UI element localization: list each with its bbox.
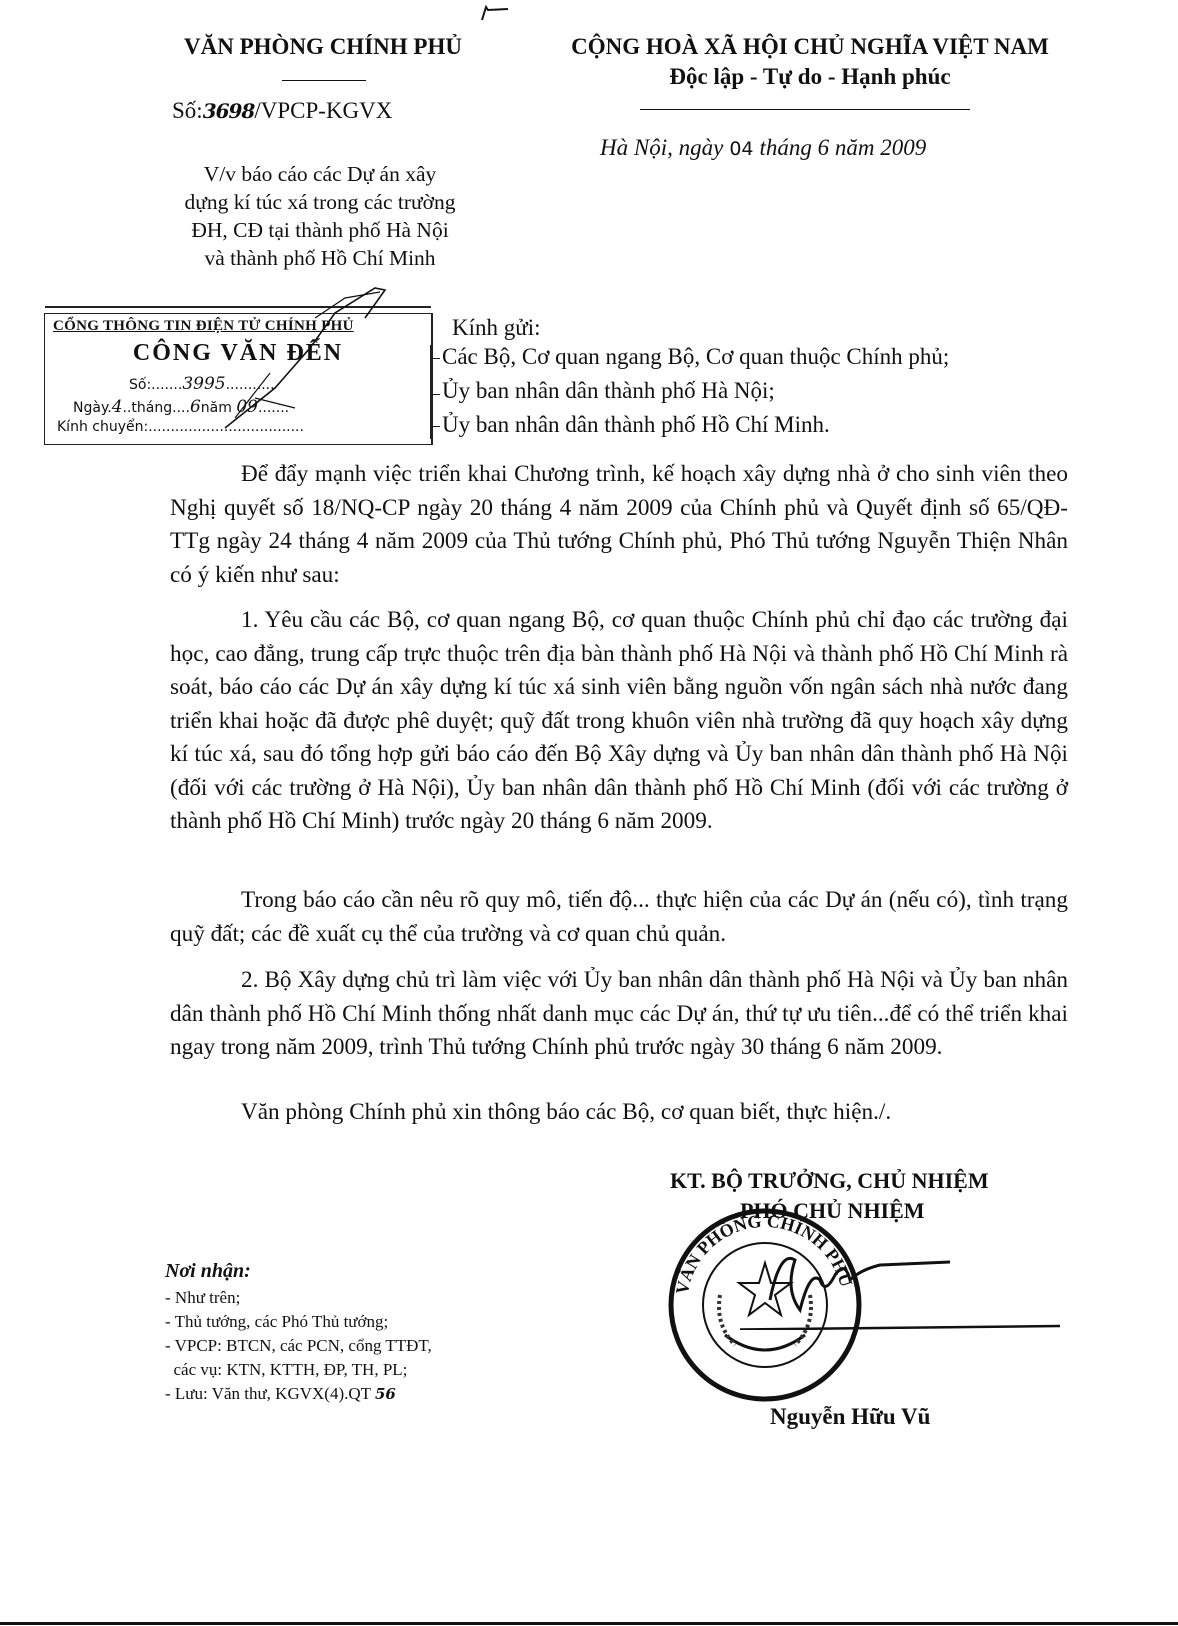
- addressee-item: Ủy ban nhân dân thành phố Hồ Chí Minh.: [442, 412, 830, 438]
- recipient-item: - Thủ tướng, các Phó Thủ tướng;: [165, 1312, 388, 1332]
- stamp-date-day: 4: [112, 397, 123, 417]
- incoming-document-stamp: CỔNG THÔNG TIN ĐIỆN TỬ CHÍNH PHỦ CÔNG VĂ…: [44, 313, 433, 445]
- handwritten-annotation: [215, 278, 405, 438]
- addressee-item: Các Bộ, Cơ quan ngang Bộ, Cơ quan thuộc …: [442, 344, 949, 370]
- motto-divider: [640, 109, 970, 110]
- document-number-handwritten: 3698: [203, 99, 255, 123]
- document-number-prefix: Số:: [172, 98, 203, 123]
- page-bottom-edge: [0, 1622, 1178, 1625]
- subject-line: ĐH, CĐ tại thành phố Hà Nội: [140, 216, 500, 244]
- recipients-label: Nơi nhận:: [165, 1260, 251, 1283]
- body-intro: Để đẩy mạnh việc triển khai Chương trình…: [170, 458, 1068, 592]
- stamp-forward-label: Kính chuyển:: [57, 419, 148, 435]
- date-day-handwritten: 04: [729, 138, 753, 160]
- issuer-name: VĂN PHÒNG CHÍNH PHỦ: [148, 34, 498, 60]
- addressee-item: Ủy ban nhân dân thành phố Hà Nội;: [442, 378, 775, 404]
- archive-handwritten-number: 56: [375, 1385, 396, 1403]
- addressee-label: Kính gửi:: [452, 315, 541, 341]
- body-item-1: 1. Yêu cầu các Bộ, cơ quan ngang Bộ, cơ …: [170, 604, 1068, 839]
- handwritten-mark: [478, 4, 512, 22]
- signature-title: KT. BỘ TRƯỞNG, CHỦ NHIỆM: [670, 1168, 1090, 1194]
- subject-line: dựng kí túc xá trong các trường: [140, 188, 500, 216]
- place-date: Hà Nội, ngày04tháng 6 năm 2009: [600, 135, 926, 161]
- stamp-number-label: Số:: [129, 377, 151, 393]
- document-subject: V/v báo cáo các Dự án xây dựng kí túc xá…: [140, 160, 500, 272]
- addressee-tick: [430, 426, 440, 427]
- date-suffix: tháng 6 năm 2009: [760, 135, 927, 160]
- subject-line: và thành phố Hồ Chí Minh: [140, 244, 500, 272]
- national-title: CỘNG HOÀ XÃ HỘI CHỦ NGHĨA VIỆT NAM: [530, 34, 1090, 60]
- recipient-item: các vụ: KTN, KTTH, ĐP, TH, PL;: [165, 1360, 407, 1380]
- signature-scribble: [740, 1240, 1060, 1330]
- recipient-archive: - Lưu: Văn thư, KGVX(4).QT 56: [165, 1384, 396, 1404]
- stamp-month-label: tháng: [131, 400, 172, 416]
- addressee-tick: [430, 358, 440, 359]
- body-item-1-note: Trong báo cáo cần nêu rõ quy mô, tiến độ…: [170, 884, 1068, 951]
- signer-name: Nguyễn Hữu Vũ: [770, 1404, 930, 1430]
- addressee-tick: [430, 394, 440, 395]
- date-prefix: Hà Nội, ngày: [600, 135, 723, 160]
- issuer-divider: [282, 80, 366, 81]
- stamp-date-label: Ngày: [73, 400, 107, 416]
- recipient-item: - Như trên;: [165, 1288, 240, 1308]
- document-number: Số:3698/VPCP-KGVX: [172, 98, 392, 124]
- national-motto: Độc lập - Tự do - Hạnh phúc: [530, 64, 1090, 90]
- body-closing: Văn phòng Chính phủ xin thông báo các Bộ…: [170, 1096, 1068, 1130]
- document-number-suffix: /VPCP-KGVX: [254, 98, 392, 123]
- body-item-2: 2. Bộ Xây dựng chủ trì làm việc với Ủy b…: [170, 964, 1068, 1065]
- subject-line: V/v báo cáo các Dự án xây: [140, 160, 500, 188]
- recipient-item: - VPCP: BTCN, các PCN, cổng TTĐT,: [165, 1336, 432, 1356]
- addressee-bracket: [430, 345, 432, 439]
- stamp-date-month: 6: [190, 397, 201, 417]
